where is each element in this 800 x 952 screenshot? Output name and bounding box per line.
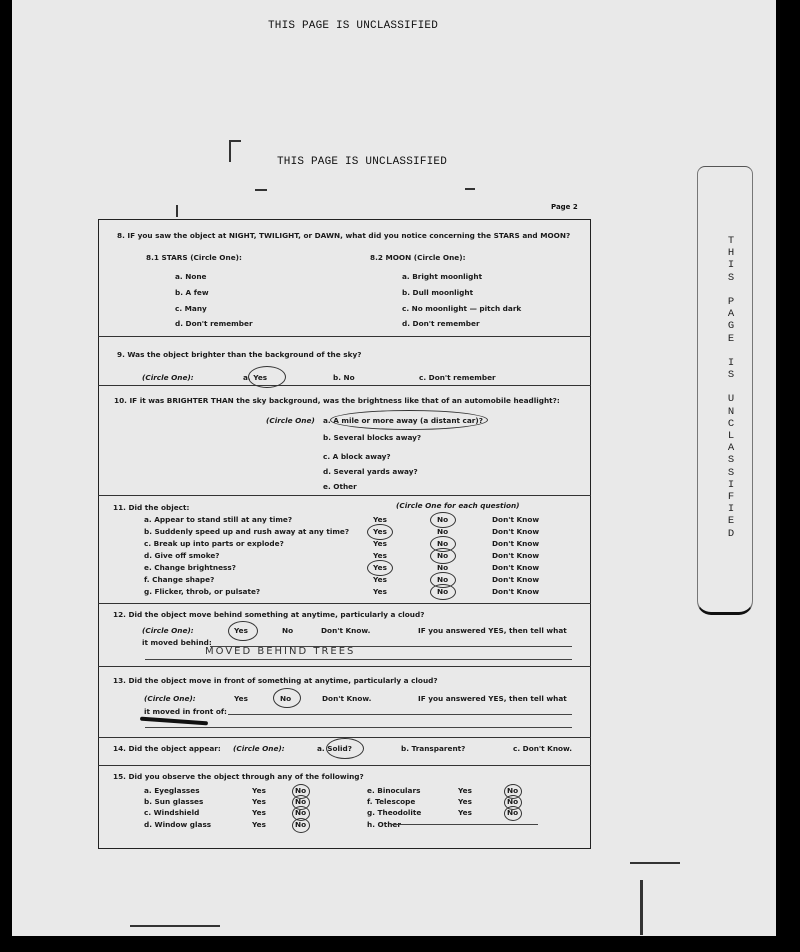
side-stamp-letter: T — [725, 235, 737, 247]
q9-answer-circle — [248, 366, 286, 388]
q14-label: (Circle One): — [233, 744, 285, 753]
q10-answer-circle — [330, 410, 488, 430]
q11-answer-circle — [430, 512, 456, 528]
q11-option-dont-know[interactable]: Don't Know — [492, 563, 539, 572]
q11-option-no[interactable]: No — [437, 563, 448, 572]
q14-option-b[interactable]: b. Transparent? — [401, 744, 465, 753]
q15-option-yes[interactable]: Yes — [252, 808, 266, 817]
classification-stamp-top: THIS PAGE IS UNCLASSIFIED — [268, 20, 438, 32]
q11-row-label: b. Suddenly speed up and rush away at an… — [144, 527, 349, 536]
scan-mark — [229, 140, 231, 162]
side-stamp-letter: H — [725, 247, 737, 259]
side-stamp-letter: D — [725, 528, 737, 540]
q12-option-dont-know[interactable]: Don't Know. — [321, 626, 370, 635]
q8-stars-option-d[interactable]: d. Don't remember — [175, 319, 253, 328]
q10-question: 10. IF it was BRIGHTER THAN the sky back… — [114, 396, 560, 405]
q13-question: 13. Did the object move in front of some… — [113, 676, 438, 685]
q13-followup: IF you answered YES, then tell what — [418, 694, 567, 703]
side-stamp-letter: L — [725, 430, 737, 442]
q11-question: 11. Did the object: — [113, 503, 189, 512]
q8-moon-option-d[interactable]: d. Don't remember — [402, 319, 480, 328]
q8-question: 8. IF you saw the object at NIGHT, TWILI… — [117, 231, 570, 240]
q12-answer-circle — [228, 621, 258, 641]
q15-item-label: b. Sun glasses — [144, 797, 203, 806]
q15-option-yes[interactable]: Yes — [458, 786, 472, 795]
side-stamp-letter: C — [725, 418, 737, 430]
q9-question: 9. Was the object brighter than the back… — [117, 350, 361, 359]
q13-option-yes[interactable]: Yes — [234, 694, 248, 703]
q10-option-b[interactable]: b. Several blocks away? — [323, 433, 421, 442]
q13-answer-line-2 — [145, 727, 572, 728]
side-stamp-letter — [725, 284, 737, 296]
q11-option-dont-know[interactable]: Don't Know — [492, 551, 539, 560]
q15-question: 15. Did you observe the object through a… — [113, 772, 364, 781]
q15-item-label: c. Windshield — [144, 808, 199, 817]
q10-option-c[interactable]: c. A block away? — [323, 452, 391, 461]
q11-option-yes[interactable]: Yes — [373, 515, 387, 524]
q15-item-label: e. Binoculars — [367, 786, 420, 795]
q8-stars-option-c[interactable]: c. Many — [175, 304, 207, 313]
q15-option-yes[interactable]: Yes — [458, 797, 472, 806]
side-stamp-letter: I — [725, 259, 737, 271]
q11-answer-circle — [367, 560, 393, 576]
q12-followup-label: it moved behind: — [142, 638, 212, 647]
q13-answer-line-1 — [228, 714, 572, 715]
q12-answer-line-2 — [145, 659, 572, 660]
q15-item-label: d. Window glass — [144, 820, 211, 829]
q15-option-yes[interactable]: Yes — [252, 797, 266, 806]
side-stamp-letter: N — [725, 406, 737, 418]
scan-mark — [465, 188, 475, 190]
q11-row-label: g. Flicker, throb, or pulsate? — [144, 587, 260, 596]
side-stamp-letter: U — [725, 393, 737, 405]
side-stamp-letter: S — [725, 369, 737, 381]
q15-answer-circle — [504, 806, 522, 821]
side-stamp-letter: S — [725, 467, 737, 479]
section-divider — [98, 603, 591, 604]
scan-mark — [630, 862, 680, 864]
section-divider — [98, 666, 591, 667]
scan-mark — [640, 880, 643, 935]
q8-moon-title: 8.2 MOON (Circle One): — [370, 253, 466, 262]
side-stamp-letter: G — [725, 320, 737, 332]
q11-option-no[interactable]: No — [437, 527, 448, 536]
q14-option-c[interactable]: c. Don't Know. — [513, 744, 572, 753]
q11-row-label: d. Give off smoke? — [144, 551, 220, 560]
q8-stars-option-b[interactable]: b. A few — [175, 288, 209, 297]
side-stamp-letter — [725, 381, 737, 393]
scan-mark — [176, 205, 178, 217]
scan-mark — [130, 925, 220, 927]
q12-handwritten-answer[interactable]: MOVED BEHIND TREES — [205, 646, 355, 657]
side-stamp-letter: I — [725, 357, 737, 369]
side-stamp-letter: A — [725, 442, 737, 454]
q15-item-label: f. Telescope — [367, 797, 415, 806]
side-stamp-letter: S — [725, 454, 737, 466]
q8-moon-option-c[interactable]: c. No moonlight — pitch dark — [402, 304, 521, 313]
q13-label: (Circle One): — [144, 694, 196, 703]
q15-answer-circle — [292, 818, 310, 833]
side-stamp-letter: I — [725, 479, 737, 491]
q11-option-dont-know[interactable]: Don't Know — [492, 515, 539, 524]
q11-row-label: c. Break up into parts or explode? — [144, 539, 284, 548]
q8-stars-title: 8.1 STARS (Circle One): — [146, 253, 242, 262]
q11-row-label: f. Change shape? — [144, 575, 214, 584]
side-classification-stamp: THISPAGEISUNCLASSIFIED — [725, 235, 737, 540]
q15-option-yes[interactable]: Yes — [458, 808, 472, 817]
q12-option-no[interactable]: No — [282, 626, 293, 635]
side-stamp-letter: P — [725, 296, 737, 308]
q9-label: (Circle One): — [142, 373, 194, 382]
q9-option-b[interactable]: b. No — [333, 373, 355, 382]
page-number: Page 2 — [551, 203, 578, 211]
classification-stamp-second: THIS PAGE IS UNCLASSIFIED — [277, 156, 447, 168]
side-stamp-letter — [725, 345, 737, 357]
q8-stars-option-a[interactable]: a. None — [175, 272, 207, 281]
q13-option-dont-know[interactable]: Don't Know. — [322, 694, 371, 703]
q15-option-yes[interactable]: Yes — [252, 786, 266, 795]
q14-question: 14. Did the object appear: — [113, 744, 221, 753]
q11-answer-circle — [367, 524, 393, 540]
scan-mark — [255, 189, 267, 191]
q15-item-label: a. Eyeglasses — [144, 786, 200, 795]
q12-followup: IF you answered YES, then tell what — [418, 626, 567, 635]
q11-answer-circle — [430, 548, 456, 564]
q11-instruction: (Circle One for each question) — [396, 501, 520, 510]
q9-option-c[interactable]: c. Don't remember — [419, 373, 496, 382]
q10-option-d[interactable]: d. Several yards away? — [323, 467, 418, 476]
q12-question: 12. Did the object move behind something… — [113, 610, 424, 619]
q11-option-dont-know[interactable]: Don't Know — [492, 527, 539, 536]
q13-answer-circle — [273, 688, 301, 708]
q15-other-line — [392, 824, 538, 825]
q13-followup-label: it moved in front of: — [144, 707, 227, 716]
side-stamp-letter: S — [725, 272, 737, 284]
q10-label: (Circle One) — [266, 416, 315, 425]
q11-option-yes[interactable]: Yes — [373, 575, 387, 584]
side-stamp-letter: F — [725, 491, 737, 503]
q14-answer-circle — [326, 738, 364, 759]
scan-mark — [229, 140, 241, 142]
q11-row-label: e. Change brightness? — [144, 563, 236, 572]
q11-option-yes[interactable]: Yes — [373, 551, 387, 560]
section-divider — [98, 336, 591, 337]
q8-moon-option-b[interactable]: b. Dull moonlight — [402, 288, 473, 297]
q10-option-e[interactable]: e. Other — [323, 482, 357, 491]
q11-option-dont-know[interactable]: Don't Know — [492, 587, 539, 596]
q12-label: (Circle One): — [142, 626, 194, 635]
section-divider — [98, 385, 591, 386]
side-stamp-letter: A — [725, 308, 737, 320]
section-divider — [98, 765, 591, 766]
section-divider — [98, 495, 591, 496]
q11-option-yes[interactable]: Yes — [373, 587, 387, 596]
q15-item-label: g. Theodolite — [367, 808, 421, 817]
q15-option-yes[interactable]: Yes — [252, 820, 266, 829]
q11-row-label: a. Appear to stand still at any time? — [144, 515, 292, 524]
q11-option-dont-know[interactable]: Don't Know — [492, 575, 539, 584]
side-stamp-letter: E — [725, 333, 737, 345]
q11-answer-circle — [430, 584, 456, 600]
q11-option-yes[interactable]: Yes — [373, 539, 387, 548]
q8-moon-option-a[interactable]: a. Bright moonlight — [402, 272, 482, 281]
side-stamp-letter: I — [725, 503, 737, 515]
q11-option-dont-know[interactable]: Don't Know — [492, 539, 539, 548]
side-stamp-letter: E — [725, 515, 737, 527]
